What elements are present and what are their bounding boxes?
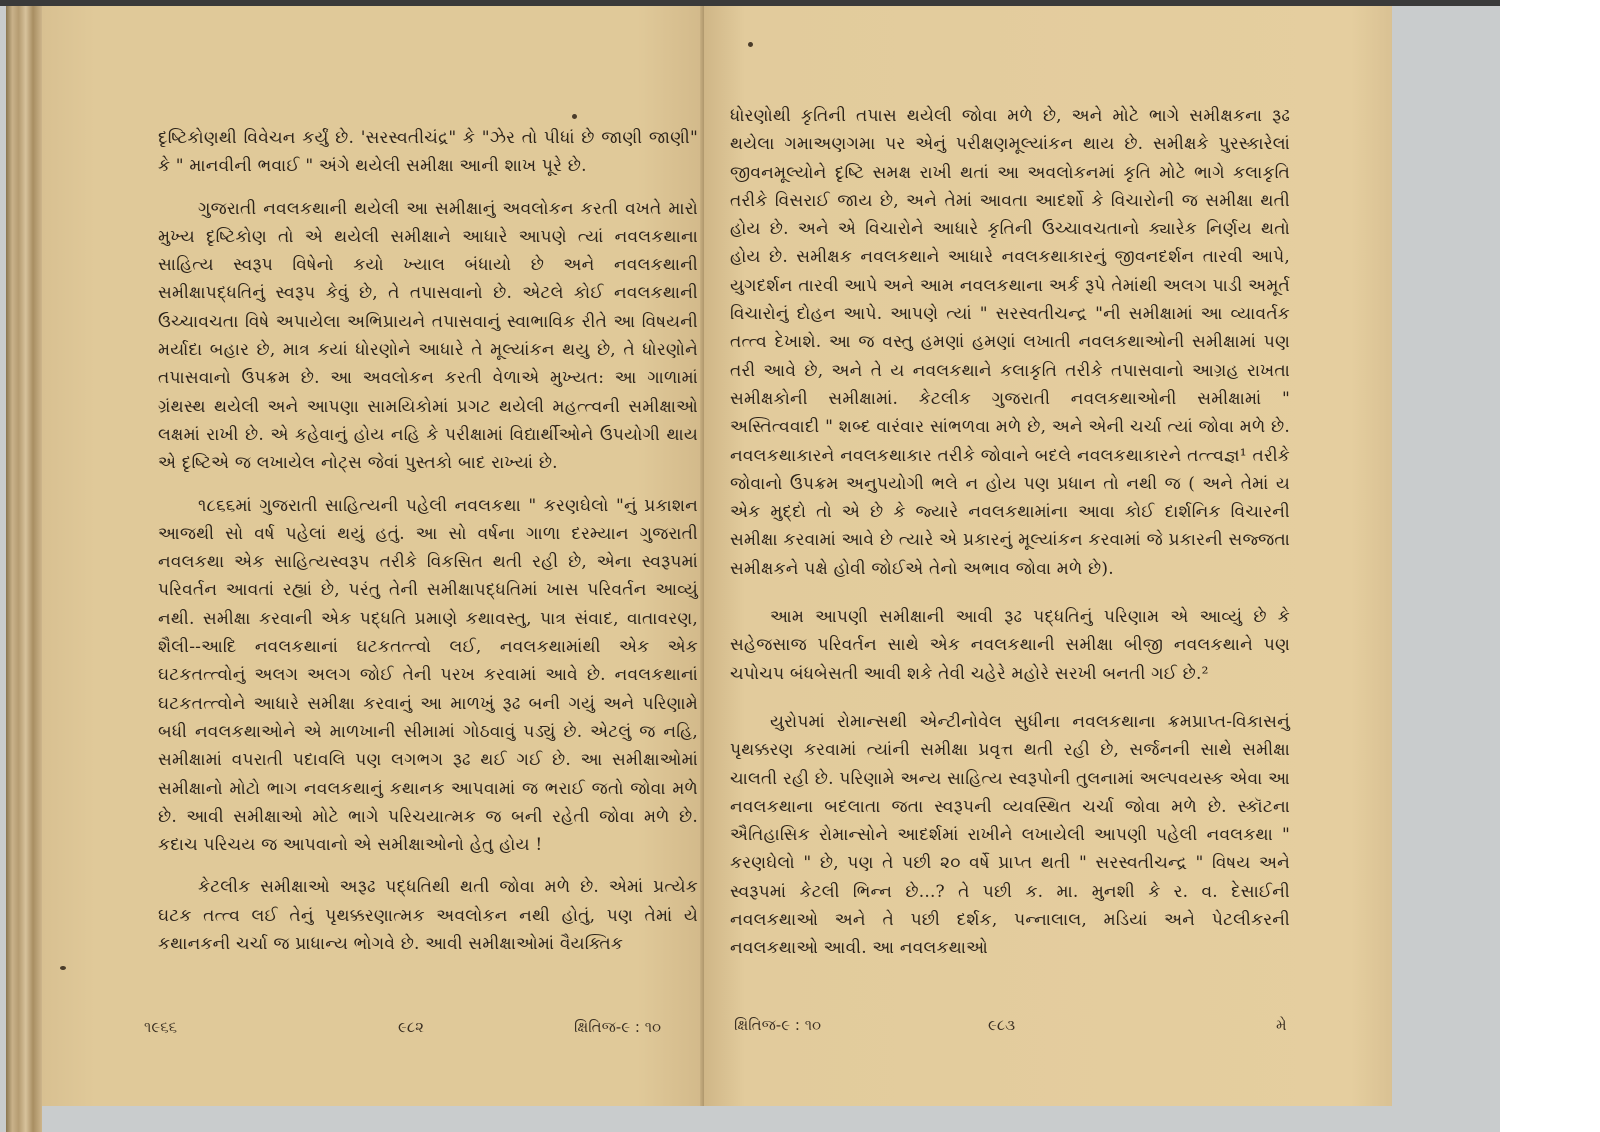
paper-speck	[60, 966, 66, 970]
paragraph: કેટલીક સમીક્ષાઓ અરૂઢ પદ્ધતિથી થતી જોવા મ…	[158, 873, 698, 958]
footer-journal: ક્ષિતિજ-૯ : ૧૦	[574, 1018, 661, 1036]
right-page: ધોરણોથી કૃતિની તપાસ થયેલી જોવા મળે છે, અ…	[704, 6, 1392, 1106]
paper-speck	[572, 114, 577, 119]
footer-month: મે	[1276, 1016, 1287, 1034]
paragraph: યુરોપમાં રોમાન્સથી એન્ટીનોવેલ સુધીના નવલ…	[730, 708, 1290, 963]
paragraph: આમ આપણી સમીક્ષાની આવી રૂઢ પદ્ધતિનું પરિણ…	[730, 603, 1290, 688]
footer-year: ૧૯૬૬	[144, 1018, 177, 1036]
left-page-body: દૃષ્ટિકોણથી વિવેચન કર્યું છે. 'સરસ્વતીચં…	[158, 124, 698, 958]
paragraph: ગુજરાતી નવલકથાની થયેલી આ સમીક્ષાનું અવલો…	[158, 195, 698, 478]
paragraph: દૃષ્ટિકોણથી વિવેચન કર્યું છે. 'સરસ્વતીચં…	[158, 124, 698, 181]
paragraph: ધોરણોથી કૃતિની તપાસ થયેલી જોવા મળે છે, અ…	[730, 102, 1290, 583]
right-page-body: ધોરણોથી કૃતિની તપાસ થયેલી જોવા મળે છે, અ…	[730, 102, 1290, 963]
left-page: દૃષ્ટિકોણથી વિવેચન કર્યું છે. 'સરસ્વતીચં…	[42, 6, 704, 1106]
footer-page-number: ૯૮૨	[398, 1018, 424, 1036]
footer-journal: ક્ષિતિજ-૯ : ૧૦	[734, 1016, 821, 1034]
paragraph: ૧૮૬૬માં ગુજરાતી સાહિત્યની પહેલી નવલકથા "…	[158, 492, 698, 860]
book-edge-left	[6, 6, 42, 1132]
footer-page-number: ૯૮૩	[988, 1016, 1015, 1034]
paper-speck	[748, 42, 753, 47]
